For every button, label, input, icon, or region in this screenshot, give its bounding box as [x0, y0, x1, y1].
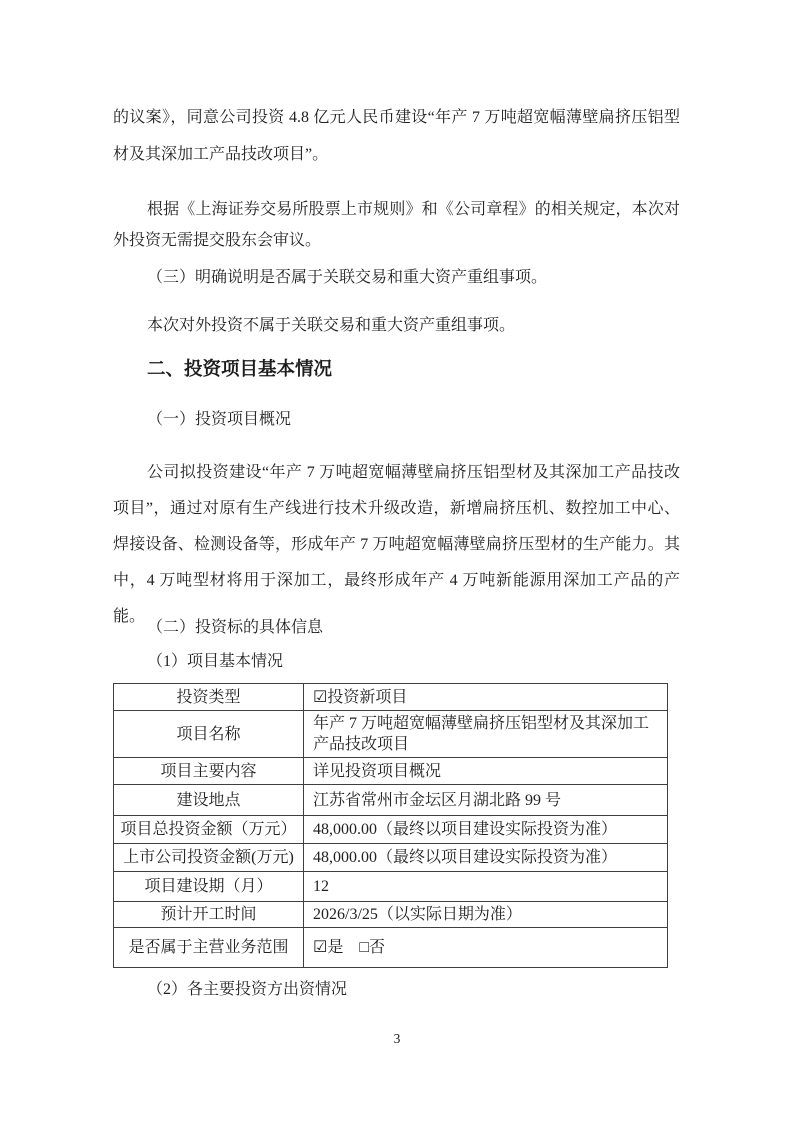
row-label: 项目主要内容 — [114, 758, 304, 785]
row-value: ☑投资新项目 — [304, 684, 668, 711]
document-page: 的议案》，同意公司投资 4.8 亿元人民币建设“年产 7 万吨超宽幅薄壁扁挤压铝… — [0, 0, 794, 1123]
table-row: 投资类型 ☑投资新项目 — [114, 684, 668, 711]
paragraph-rule-basis: 根据《上海证券交易所股票上市规则》和《公司章程》的相关规定，本次对外投资无需提交… — [113, 194, 680, 256]
row-value: 12 — [304, 872, 668, 902]
section-heading: 二、投资项目基本情况 — [113, 356, 680, 384]
paragraph-subsection-1-heading: （一）投资项目概况 — [113, 401, 680, 438]
project-info-table: 投资类型 ☑投资新项目 项目名称 年产 7 万吨超宽幅薄壁扁挤压铝型材及其深加工… — [113, 683, 668, 968]
row-value: 2026/3/25（以实际日期为准） — [304, 902, 668, 928]
row-value: 年产 7 万吨超宽幅薄壁扁挤压铝型材及其深加工产品技改项目 — [304, 711, 668, 758]
row-value checkbox-row: ☑是 □否 — [304, 928, 668, 968]
row-value: 48,000.00（最终以项目建设实际投资为准） — [304, 844, 668, 872]
paragraph-item-1-heading: （1）项目基本情况 — [113, 643, 680, 680]
table-row: 项目主要内容 详见投资项目概况 — [114, 758, 668, 785]
row-label: 项目名称 — [114, 711, 304, 758]
page-number: 3 — [0, 1031, 794, 1047]
table-row: 项目名称 年产 7 万吨超宽幅薄壁扁挤压铝型材及其深加工产品技改项目 — [114, 711, 668, 758]
row-label: 上市公司投资金额(万元) — [114, 844, 304, 872]
row-label: 预计开工时间 — [114, 902, 304, 928]
paragraph-item-3-heading: （三）明确说明是否属于关联交易和重大资产重组事项。 — [113, 259, 680, 296]
paragraph-project-overview: 公司拟投资建设“年产 7 万吨超宽幅薄壁扁挤压铝型材及其深加工产品技改项目”，通… — [113, 455, 680, 635]
table-row: 建设地点 江苏省常州市金坛区月湖北路 99 号 — [114, 785, 668, 816]
paragraph-carryover: 的议案》，同意公司投资 4.8 亿元人民币建设“年产 7 万吨超宽幅薄壁扁挤压铝… — [113, 99, 680, 173]
paragraph-related-transaction: 本次对外投资不属于关联交易和重大资产重组事项。 — [113, 307, 680, 344]
row-label: 投资类型 — [114, 684, 304, 711]
table-row: 上市公司投资金额(万元) 48,000.00（最终以项目建设实际投资为准） — [114, 844, 668, 872]
row-label: 建设地点 — [114, 785, 304, 816]
table-row: 是否属于主营业务范围 ☑是 □否 — [114, 928, 668, 968]
row-label: 是否属于主营业务范围 — [114, 928, 304, 968]
paragraph-subsection-2-heading: （二）投资标的具体信息 — [113, 609, 680, 646]
paragraph-item-2-heading: （2）各主要投资方出资情况 — [113, 971, 680, 1008]
row-value: 江苏省常州市金坛区月湖北路 99 号 — [304, 785, 668, 816]
table-row: 项目总投资金额（万元） 48,000.00（最终以项目建设实际投资为准） — [114, 816, 668, 844]
row-label: 项目建设期（月） — [114, 872, 304, 902]
table-row: 预计开工时间 2026/3/25（以实际日期为准） — [114, 902, 668, 928]
row-value: 详见投资项目概况 — [304, 758, 668, 785]
table-row: 项目建设期（月） 12 — [114, 872, 668, 902]
row-value: 48,000.00（最终以项目建设实际投资为准） — [304, 816, 668, 844]
row-label: 项目总投资金额（万元） — [114, 816, 304, 844]
